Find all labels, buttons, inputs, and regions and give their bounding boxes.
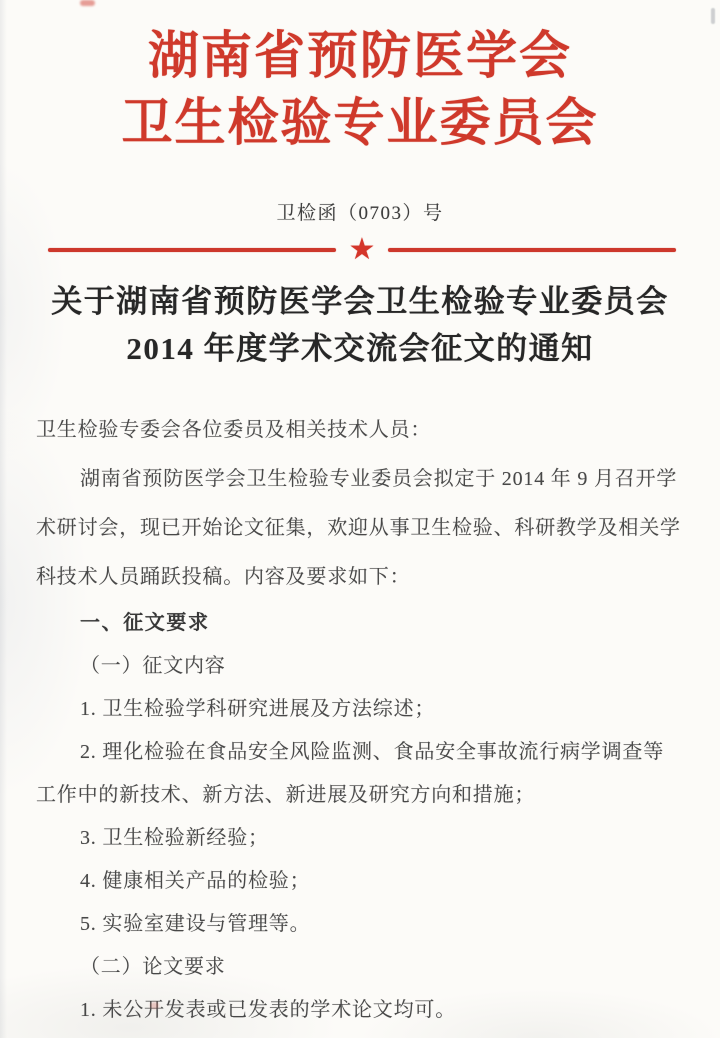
body-line-salutation: 卫生检验专委会各位委员及相关技术人员： — [36, 406, 686, 455]
red-divider: ★ — [48, 234, 676, 266]
letterhead-line-1: 湖南省预防医学会 — [0, 24, 720, 91]
doc-number: 卫检函（0703）号 — [0, 200, 720, 228]
notice-body: 卫生检验专委会各位委员及相关技术人员： 湖南省预防医学会卫生检验专业委员会拟定于… — [36, 406, 686, 1032]
list-item: 1. 未公开发表或已发表的学术论文均可。 — [36, 989, 686, 1032]
list-item: 4. 健康相关产品的检验； — [36, 860, 686, 903]
subsection-heading: （二）论文要求 — [36, 946, 686, 989]
list-item: 1. 卫生检验学科研究进展及方法综述； — [36, 688, 686, 731]
notice-title-line-2: 2014 年度学术交流会征文的通知 — [0, 325, 720, 372]
list-item: 2. 理化检验在食品安全风险监测、食品安全事故流行病学调查等 — [36, 731, 686, 774]
body-line: 科技术人员踊跃投稿。内容及要求如下： — [36, 553, 686, 602]
body-line: 湖南省预防医学会卫生检验专业委员会拟定于 2014 年 9 月召开学 — [36, 455, 686, 504]
body-intro-paragraphs: 卫生检验专委会各位委员及相关技术人员： 湖南省预防医学会卫生检验专业委员会拟定于… — [36, 406, 686, 602]
list-item: 5. 实验室建设与管理等。 — [36, 903, 686, 946]
document-page: 湖南省预防医学会 卫生检验专业委员会 卫检函（0703）号 ★ 关于湖南省预防医… — [0, 0, 720, 1038]
notice-title-line-1: 关于湖南省预防医学会卫生检验专业委员会 — [0, 278, 720, 325]
subsection-heading: （一）征文内容 — [36, 645, 686, 688]
letterhead-line-2: 卫生检验专业委员会 — [0, 91, 720, 158]
scan-artifact — [80, 0, 95, 6]
letterhead: 湖南省预防医学会 卫生检验专业委员会 — [0, 24, 720, 158]
body-line: 术研讨会，现已开始论文征集，欢迎从事卫生检验、科研教学及相关学 — [36, 504, 686, 553]
divider-line-right — [388, 248, 676, 252]
section-heading: 一、征文要求 — [36, 602, 686, 645]
scan-artifact — [711, 8, 715, 24]
list-item: 3. 卫生检验新经验； — [36, 817, 686, 860]
notice-title: 关于湖南省预防医学会卫生检验专业委员会 2014 年度学术交流会征文的通知 — [0, 278, 720, 372]
list-item-continued: 工作中的新技术、新方法、新进展及研究方向和措施； — [36, 774, 686, 817]
body-section-list: 一、征文要求 （一）征文内容 1. 卫生检验学科研究进展及方法综述； 2. 理化… — [36, 602, 686, 1032]
divider-line-left — [48, 248, 336, 252]
star-icon: ★ — [349, 235, 376, 265]
